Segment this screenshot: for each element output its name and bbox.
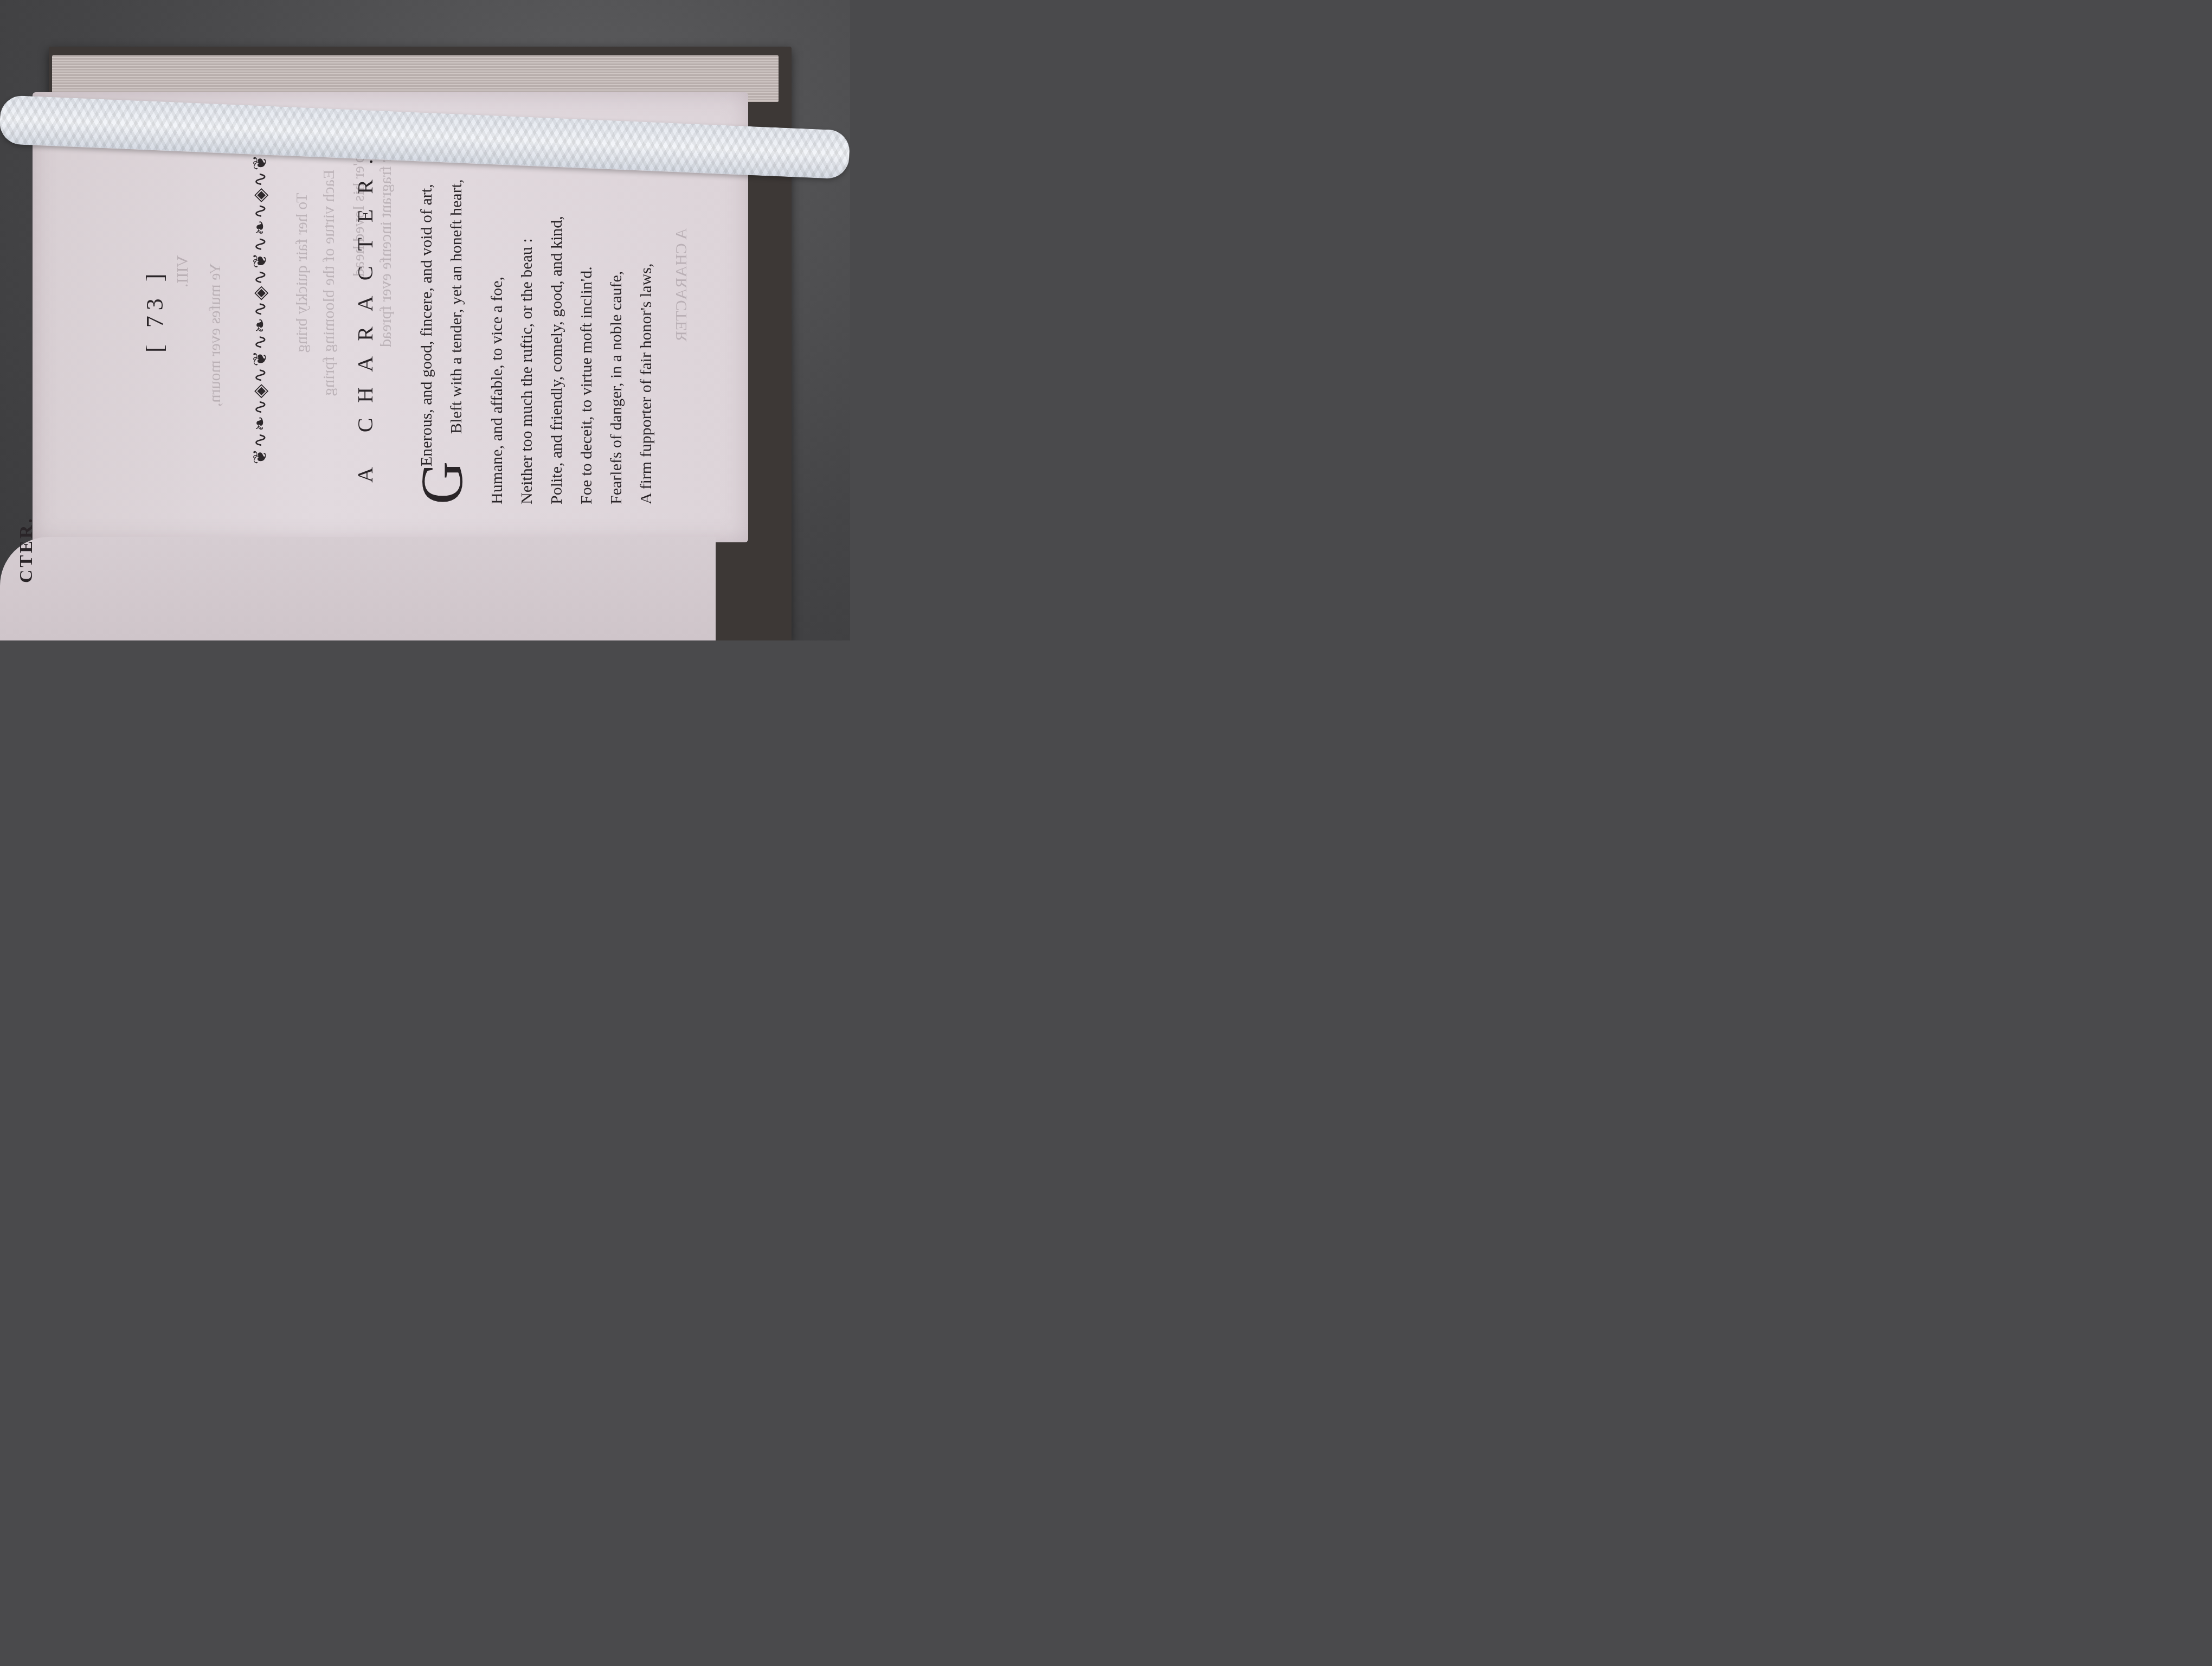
showthrough-text: To her fair quickly bring <box>293 193 311 353</box>
left-page-text: CTER. <box>16 516 37 583</box>
poem-title: A CHARACTER. <box>352 144 378 483</box>
drop-cap: G <box>412 462 472 504</box>
poem-line: Fearlefs of danger, in a noble caufe, <box>607 271 626 504</box>
poem-line: Bleft with a tender, yet an honeft heart… <box>447 180 466 434</box>
poem-line: Enerous, and good, fincere, and void of … <box>417 184 436 466</box>
page-number: [ 73 ] <box>141 268 169 353</box>
showthrough-text: A CHARACTER <box>672 228 691 342</box>
poem-line: Foe to deceit, to virtue moft inclin'd. <box>577 266 596 504</box>
showthrough-text: Each virtue of the blooming fpring <box>320 170 338 396</box>
showthrough-text: VIII. <box>173 255 192 287</box>
showthrough-text: Ye mufes ever mourn, <box>206 263 224 407</box>
poem-line: Polite, and friendly, comely, good, and … <box>548 216 566 504</box>
poem-line: A firm fupporter of fair honor's laws, <box>637 264 655 504</box>
left-page <box>0 537 716 640</box>
poem-line: Neither too much the ruftic, or the beau… <box>518 238 536 504</box>
ornament-divider-icon: ❦∿❧∿◈∿❦∿❧∿◈∿❦∿❧∿◈∿❦ <box>249 103 271 515</box>
showthrough-text: Your fragrant incenfe ever fpread <box>377 130 395 347</box>
poem-line: Humane, and affable, to vice a foe, <box>488 277 506 504</box>
